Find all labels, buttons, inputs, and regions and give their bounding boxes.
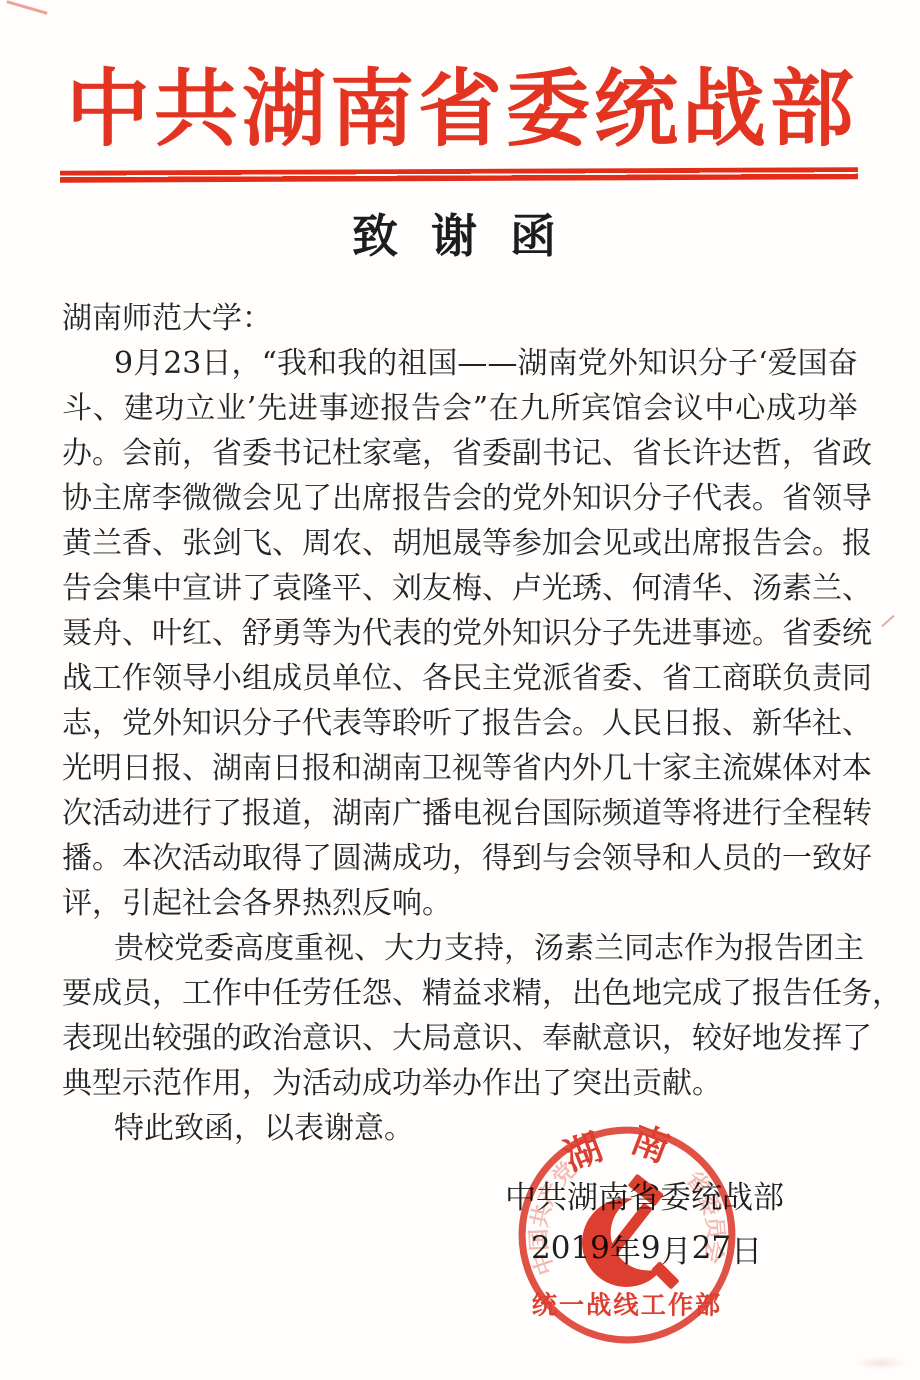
letter-body: 湖南师范大学： 9月23日，“我和我的祖国——湖南党外知识分子‘爱国奋 斗、建功… (62, 296, 858, 1151)
body-line: 要成员，工作中任劳任怨、精益求精，出色地完成了报告任务， (62, 971, 858, 1016)
official-seal: 中国共产党 湖南 省委员会 统一战线工作部 (516, 1118, 738, 1350)
letterhead-org: 中共湖南省委统战部 (66, 46, 854, 158)
body-line: 典型示范作用，为活动成功举办作出了突出贡献。 (62, 1061, 858, 1106)
recipient-line: 湖南师范大学： (62, 296, 858, 341)
body-line: 办。会前，省委书记杜家毫，省委副书记、省长许达哲，省政 (62, 431, 858, 476)
closing-line: 特此致函，以表谢意。 (62, 1106, 858, 1151)
body-line: 斗、建功立业’先进事迹报告会”在九所宾馆会议中心成功举 (62, 386, 858, 431)
body-line: 光明日报、湖南日报和湖南卫视等省内外几十家主流媒体对本 (62, 746, 858, 791)
seal-bottom-text: 统一战线工作部 (532, 1290, 723, 1320)
body-line: 贵校党委高度重视、大力支持，汤素兰同志作为报告团主 (62, 926, 858, 971)
scan-artifact (854, 1356, 908, 1370)
document-page: 中共湖南省委统战部 致谢函 湖南师范大学： 9月23日，“我和我的祖国——湖南党… (0, 0, 920, 1380)
body-line: 黄兰香、张剑飞、周农、胡旭晟等参加会见或出席报告会。报 (62, 521, 858, 566)
body-line: 次活动进行了报道，湖南广播电视台国际频道等将进行全程转 (62, 791, 858, 836)
body-line: 志，党外知识分子代表等聆听了报告会。人民日报、新华社、 (62, 701, 858, 746)
body-line: 战工作领导小组成员单位、各民主党派省委、省工商联负责同 (62, 656, 858, 701)
party-emblem-icon (582, 1173, 680, 1289)
document-title: 致谢函 (352, 204, 556, 262)
svg-text:省委员会: 省委员会 (681, 1166, 729, 1265)
body-line: 表现出较强的政治意识、大局意识、奉献意识，较好地发挥了 (62, 1016, 858, 1061)
body-line: 聂舟、叶红、舒勇等为代表的党外知识分子先进事迹。省委统 (62, 611, 858, 656)
body-line: 9月23日，“我和我的祖国——湖南党外知识分子‘爱国奋 (62, 341, 858, 386)
seal-arc-right: 省委员会 (681, 1166, 729, 1265)
letterhead-divider (60, 167, 858, 182)
body-line: 协主席李微微会见了出席报告会的党外知识分子代表。省领导 (62, 476, 858, 521)
body-line: 告会集中宣讲了袁隆平、刘友梅、卢光琇、何清华、汤素兰、 (62, 566, 858, 611)
body-line: 播。本次活动取得了圆满成功，得到与会领导和人员的一致好 (62, 836, 858, 881)
body-line: 评，引起社会各界热烈反响。 (62, 881, 858, 926)
scan-artifact (881, 615, 894, 627)
scan-artifact (6, 0, 47, 14)
